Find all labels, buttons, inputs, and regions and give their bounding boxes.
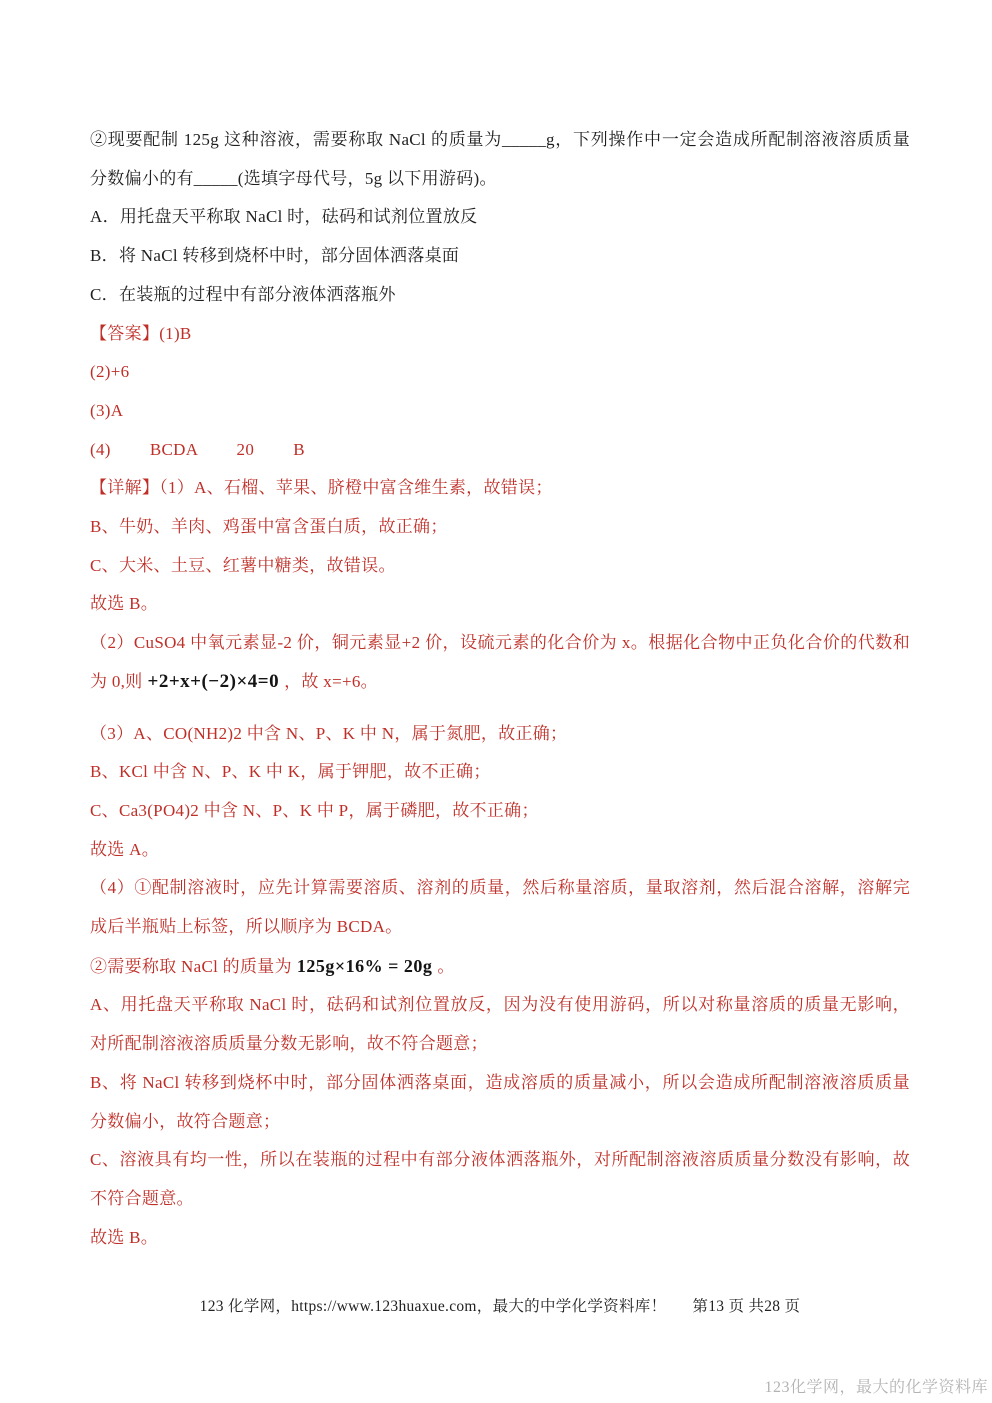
detail-p3-a: （3）A、CO(NH2)2 中含 N、P、K 中 N，属于氮肥，故正确； (90, 715, 910, 754)
answer-line-1: 【答案】(1)B (90, 315, 910, 354)
detail-p4-c1: C、溶液具有均一性，所以在装瓶的过程中有部分液体洒落瓶外，对所配制溶液溶质质量分… (90, 1141, 910, 1180)
answer-line-4: (4) BCDA 20 B (90, 431, 910, 470)
detail-line-p1a: 【详解】（1）A、石榴、苹果、脐橙中富含维生素，故错误； (90, 469, 910, 508)
detail-p4-conclusion: 故选 B。 (90, 1219, 910, 1258)
equation-prefix: 为 0,则 (90, 672, 143, 691)
valence-equation: +2+x+(−2)×4=0 (148, 671, 280, 692)
detail-p2-equation-line: 为 0,则+2+x+(−2)×4=0，故 x=+6。 (90, 663, 910, 702)
question-line-1: ②现要配制 125g 这种溶液，需要称取 NaCl 的质量为_____g，下列操… (90, 121, 910, 160)
page-footer: 123 化学网，https://www.123huaxue.com，最大的中学化… (90, 1294, 910, 1316)
detail-p4-a2: 对所配制溶液溶质质量分数无影响，故不符合题意； (90, 1025, 910, 1064)
footer-page-number: 第13 页 共28 页 (692, 1298, 800, 1315)
mass-prefix: ②需要称取 NaCl 的质量为 (90, 957, 292, 976)
answer-value-1: (1)B (159, 324, 191, 343)
footer-site-info: 123 化学网，https://www.123huaxue.com，最大的中学化… (200, 1298, 667, 1315)
detail-p1-conclusion: 故选 B。 (90, 585, 910, 624)
detail-p1-c: C、大米、土豆、红薯中糖类，故错误。 (90, 547, 910, 586)
question-option-a: A．用托盘天平称取 NaCl 时，砝码和试剂位置放反 (90, 198, 910, 237)
detail-p4-mass-line: ②需要称取 NaCl 的质量为125g×16% = 20g。 (90, 947, 910, 987)
answer-label: 【答案】 (90, 324, 159, 343)
detail-p2-line1: （2）CuSO4 中氧元素显-2 价，铜元素显+2 价，设硫元素的化合价为 x。… (90, 624, 910, 663)
detail-p1-b: B、牛奶、羊肉、鸡蛋中富含蛋白质，故正确； (90, 508, 910, 547)
detail-p4-b1: B、将 NaCl 转移到烧杯中时，部分固体洒落桌面，造成溶质的质量减小，所以会造… (90, 1064, 910, 1103)
detail-p4-a1: A、用托盘天平称取 NaCl 时，砝码和试剂位置放反，因为没有使用游码，所以对称… (90, 986, 910, 1025)
detail-label: 【详解】 (90, 478, 159, 497)
detail-p4-line2: 成后半瓶贴上标签，所以顺序为 BCDA。 (90, 908, 910, 947)
detail-p3-b: B、KCl 中含 N、P、K 中 K，属于钾肥，故不正确； (90, 753, 910, 792)
question-option-c: C．在装瓶的过程中有部分液体洒落瓶外 (90, 276, 910, 315)
detail-p4-c2: 不符合题意。 (90, 1180, 910, 1219)
page-content: ②现要配制 125g 这种溶液，需要称取 NaCl 的质量为_____g，下列操… (90, 121, 910, 1257)
mass-suffix: 。 (437, 957, 454, 976)
answer-line-3: (3)A (90, 392, 910, 431)
question-line-2: 分数偏小的有_____(选填字母代号，5g 以下用游码)。 (90, 160, 910, 199)
watermark-text: 123化学网，最大的化学资料库 (764, 1374, 988, 1397)
detail-p1-a: （1）A、石榴、苹果、脐橙中富含维生素，故错误； (159, 478, 552, 497)
equation-suffix: ，故 x=+6。 (284, 672, 378, 691)
detail-p3-conclusion: 故选 A。 (90, 831, 910, 870)
detail-p3-c: C、Ca3(PO4)2 中含 N、P、K 中 P，属于磷肥，故不正确； (90, 792, 910, 831)
mass-equation: 125g×16% = 20g (297, 956, 433, 976)
detail-p4-line1: （4）①配制溶液时，应先计算需要溶质、溶剂的质量，然后称量溶质，量取溶剂，然后混… (90, 869, 910, 908)
document-page: ②现要配制 125g 这种溶液，需要称取 NaCl 的质量为_____g，下列操… (0, 0, 992, 1403)
answer-line-2: (2)+6 (90, 353, 910, 392)
detail-p4-b2: 分数偏小，故符合题意； (90, 1103, 910, 1142)
question-option-b: B．将 NaCl 转移到烧杯中时，部分固体洒落桌面 (90, 237, 910, 276)
